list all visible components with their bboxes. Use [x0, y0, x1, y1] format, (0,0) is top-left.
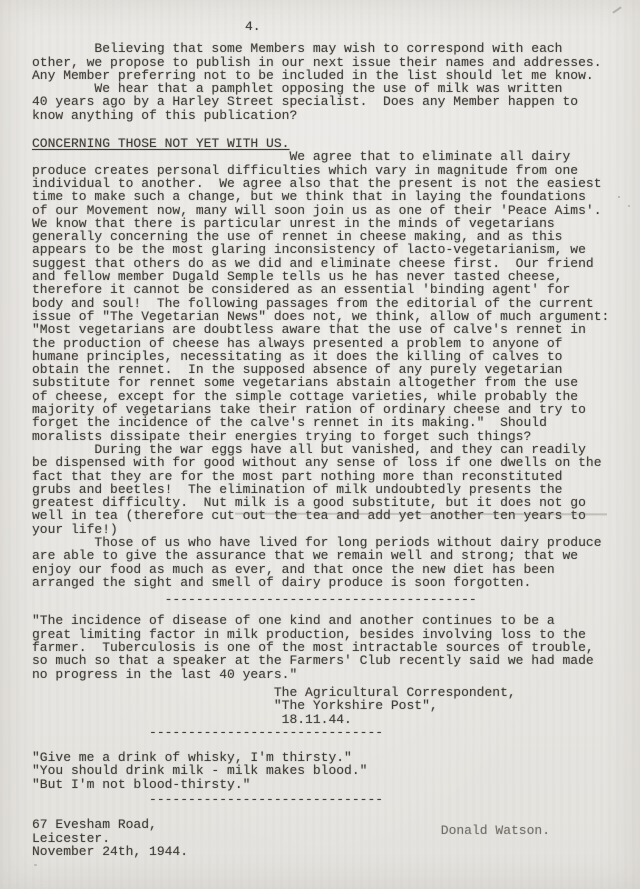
separator-dashes-2: ------------------------------ [32, 726, 640, 739]
whisky-dialogue: "Give me a drink of whisky, I'm thirsty.… [32, 751, 640, 791]
sender-address: 67 Evesham Road, Leicester. November 24t… [32, 818, 188, 858]
separator-dashes-3: ------------------------------ [32, 793, 640, 806]
section-heading: CONCERNING THOSE NOT YET WITH US. [32, 137, 640, 150]
section-body: We agree that to eliminate all dairy pro… [32, 150, 640, 589]
intro-paragraphs: Believing that some Members may wish to … [32, 42, 640, 122]
quote-attribution: The Agricultural Correspondent, "The Yor… [32, 686, 640, 726]
page-content: 4. Believing that some Members may wish … [0, 0, 640, 889]
separator-dashes-1: ---------------------------------------- [32, 593, 640, 606]
signature: Donald Watson. [441, 824, 550, 837]
page-number: 4. [245, 20, 640, 33]
letter-footer: 67 Evesham Road, Leicester. November 24t… [32, 818, 640, 858]
scanned-letter-page: 4. Believing that some Members may wish … [0, 0, 640, 889]
yorkshire-post-quote: "The incidence of disease of one kind an… [32, 614, 640, 680]
